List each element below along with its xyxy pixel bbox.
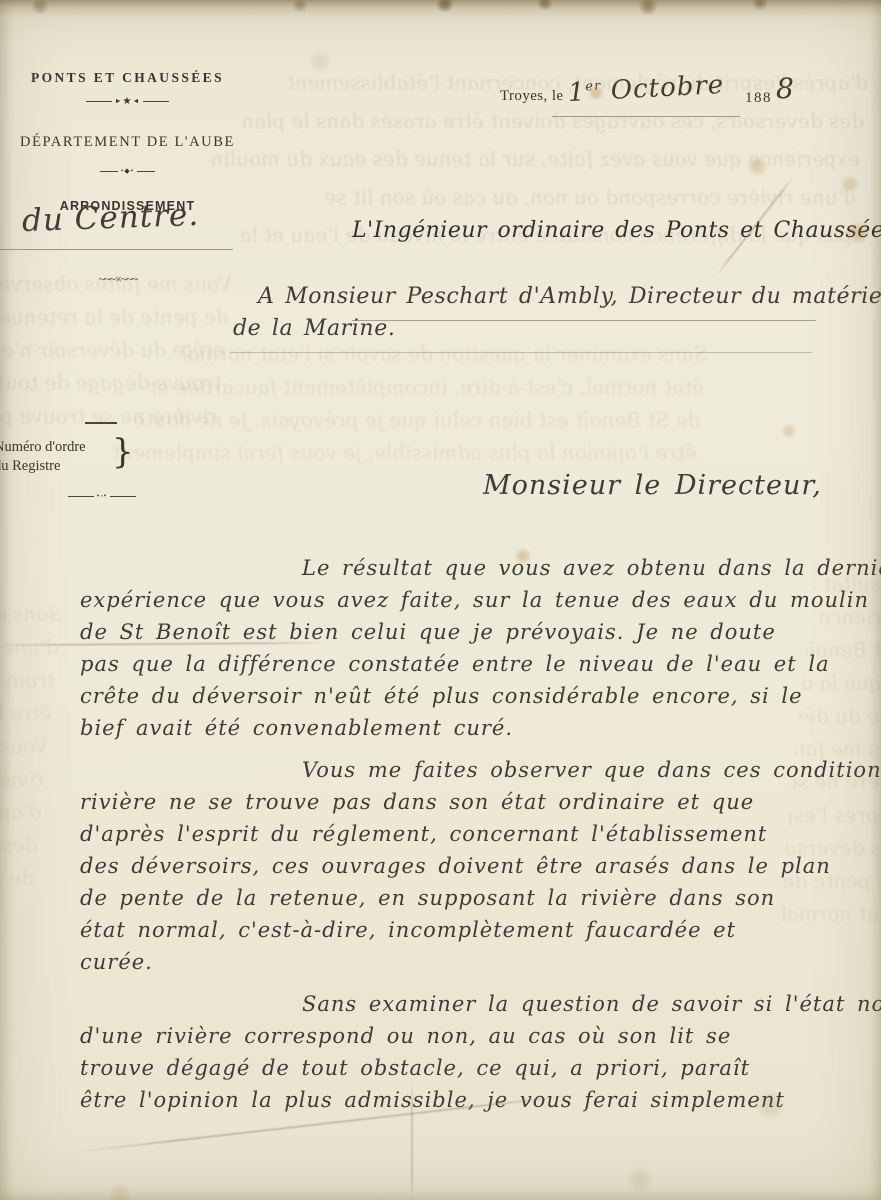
arrondissement-handwritten-value: du Centre. [21,197,199,239]
squiggle-divider-icon: ~~~×~~~ [78,272,158,287]
date-day: 1 [567,77,586,108]
ornament-glyphs: •◆• [121,167,134,175]
handwritten-line: bief avait été convenablement curé. [80,712,870,744]
divider-line [110,496,136,497]
agency-name: PONTS ET CHAUSSÉES [20,70,235,86]
divider-line [100,171,118,172]
bleedthrough-text: Sans examiner la question de savoir si l… [245,338,709,470]
divider-line [137,171,155,172]
star-glyph: ★ [123,96,133,107]
paragraph: Le résultat que vous avez obtenu dans la… [80,552,870,744]
paper-top-edge [0,0,881,17]
paragraph: Vous me faites observer que dans ces con… [80,754,870,978]
star-divider-icon: ►★◄ [20,96,235,107]
date-day-suffix: er [585,79,602,95]
register-top-rule [85,422,117,424]
ornament-glyphs: ►★◄ [115,96,141,107]
ornament-glyphs: •◦• [97,492,107,500]
dateline-place-printed: Troyes, le [500,88,563,105]
handwritten-date: 1er Octobre [567,70,725,108]
handwritten-line: d'une rivière correspond ou non, au cas … [80,1020,870,1052]
divider-line [86,101,112,102]
recipient-underline [230,352,812,353]
handwritten-line: trouve dégagé de tout obstacle, ce qui, … [80,1052,870,1084]
sender-title: L'Ingénieur ordinaire des Ponts et Chaus… [352,218,852,243]
handwritten-line: expérience que vous avez faite, sur la t… [80,584,870,616]
arrow-glyph: ◄ [132,97,140,105]
recipient-underline [352,320,816,321]
register-brace: } [112,432,134,472]
arrow-glyph: ► [115,97,123,105]
handwritten-line: Le résultat que vous avez obtenu dans la… [302,552,870,584]
handwritten-line: curée. [80,946,870,978]
date-month: Octobre [610,70,725,106]
letterhead: PONTS ET CHAUSSÉES ►★◄ DÉPARTEMENT DE L'… [20,70,235,213]
handwritten-line: pas que la différence constatée entre le… [80,648,870,680]
dot-divider-icon: •◦• [42,492,162,500]
register-label-line-2: du Registre [0,457,86,476]
recipient-line-1: A Monsieur Peschart d'Ambly, Directeur d… [258,284,881,309]
handwritten-line: des déversoirs, ces ouvrages doivent êtr… [80,850,870,882]
dateline-year-printed: 188 [745,90,772,107]
register-box: Numéro d'ordre du Registre [0,438,86,476]
letter-body: Le résultat que vous avez obtenu dans la… [80,552,870,1126]
handwritten-line: Sans examiner la question de savoir si l… [302,988,870,1020]
handwritten-line: de St Benoît est bien celui que je prévo… [80,616,870,648]
dateline-fill-line [552,116,740,117]
handwritten-line: état normal, c'est-à-dire, incomplètemen… [80,914,870,946]
diamond-divider-icon: •◆• [20,167,235,175]
arrondissement-fill-line [0,249,233,250]
handwritten-line: de pente de la retenue, en supposant la … [80,882,870,914]
bleedthrough-text: Vous me faites observer que dans ces con… [0,268,234,433]
handwritten-line: rivière ne se trouve pas dans son état o… [80,786,870,818]
handwritten-line: Vous me faites observer que dans ces con… [302,754,870,786]
divider-line [143,101,169,102]
paragraph: Sans examiner la question de savoir si l… [80,988,870,1116]
handwritten-line: crête du déversoir n'eût été plus consid… [80,680,870,712]
department-name: DÉPARTEMENT DE L'AUBE [20,134,235,151]
salutation: Monsieur le Directeur, [483,470,822,501]
handwritten-line: d'après l'esprit du réglement, concernan… [80,818,870,850]
register-label-line-1: Numéro d'ordre [0,438,86,457]
letter-page: d'après l'esprit du réglement, concernan… [0,0,881,1200]
divider-line [68,496,94,497]
handwritten-year-digit: 8 [776,72,794,105]
handwritten-line: être l'opinion la plus admissible, je vo… [80,1084,870,1116]
bleedthrough-text: Sans examiner la question de savoir si l… [0,598,64,895]
